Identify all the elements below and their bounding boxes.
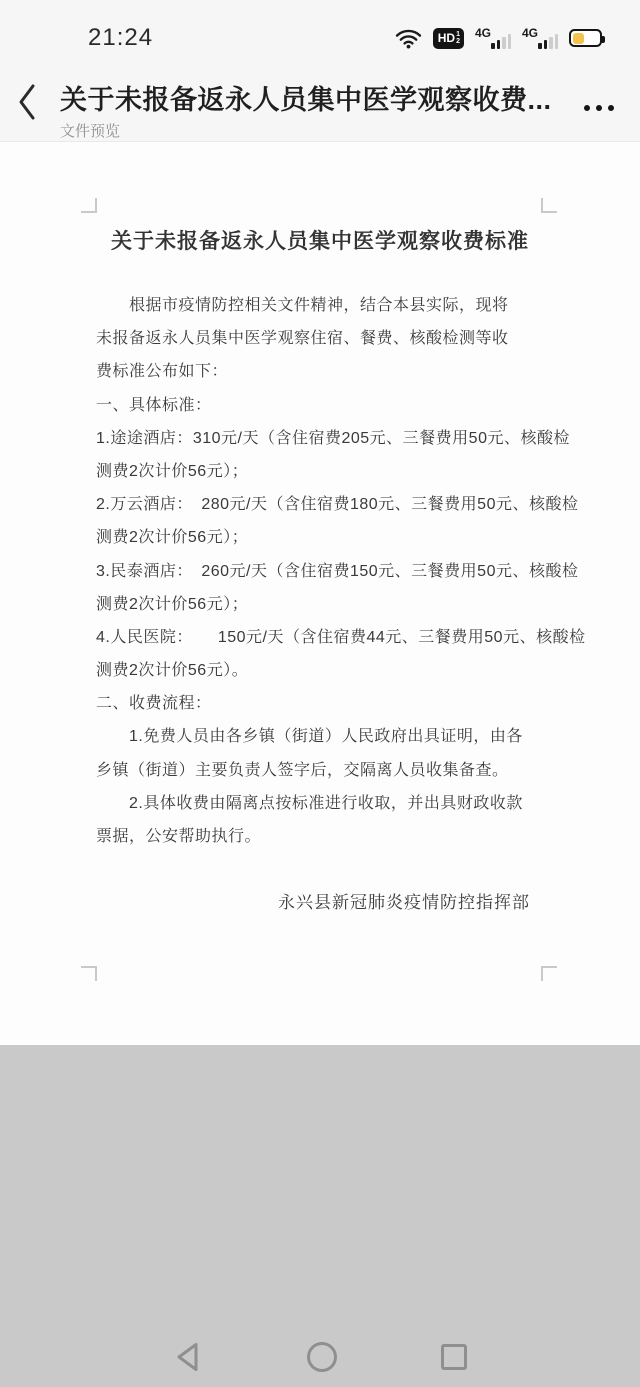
wifi-icon	[395, 28, 422, 49]
letterbox-area	[0, 1045, 640, 1387]
network-type-label: 4G	[522, 26, 538, 40]
battery-icon	[569, 29, 602, 47]
document-body: 根据市疫情防控相关文件精神，结合本县实际，现将未报备返永人员集中医学观察住宿、餐…	[96, 289, 620, 853]
document-line: 2.具体收费由隔离点按标准进行收取，并出具财政收款	[96, 787, 620, 820]
battery-nub	[602, 36, 605, 43]
document-line: 2.万云酒店： 280元/天（含住宿费180元、三餐费用50元、核酸检	[96, 488, 620, 521]
network-type-label: 4G	[475, 26, 491, 40]
top-chrome: 21:24 HD 1 2 4G 4G	[0, 0, 640, 142]
document-preview: 关于未报备返永人员集中医学观察收费标准 根据市疫情防控相关文件精神，结合本县实际…	[0, 142, 640, 1045]
back-button[interactable]	[16, 82, 40, 122]
signal-sim1-icon: 4G	[475, 26, 511, 50]
hd-badge-label: HD	[438, 31, 455, 45]
page-corner-mark-top-left	[81, 198, 97, 213]
document-line: 4.人民医院： 150元/天（含住宿费44元、三餐费用50元、核酸检	[96, 621, 620, 654]
page-corner-mark-bottom-left	[81, 966, 97, 981]
status-icons: HD 1 2 4G 4G	[395, 26, 602, 50]
phone-screen: 21:24 HD 1 2 4G 4G	[0, 0, 640, 1387]
document-line: 二、收费流程：	[96, 687, 620, 720]
dot-icon	[596, 105, 602, 111]
document-line: 测费2次计价56元）；	[96, 455, 620, 488]
signal-bars-icon	[491, 34, 511, 49]
header-titles: 关于未报备返永人员集中医学观察收费... 文件预览	[60, 78, 568, 141]
document-line: 测费2次计价56元）；	[96, 521, 620, 554]
signal-sim2-icon: 4G	[522, 26, 558, 50]
document-line: 一、具体标准：	[96, 389, 620, 422]
nav-recents-button[interactable]	[441, 1344, 467, 1370]
dot-icon	[584, 105, 590, 111]
page-title: 关于未报备返永人员集中医学观察收费...	[60, 78, 568, 117]
chevron-left-icon	[16, 82, 40, 122]
document-line: 费标准公布如下：	[96, 355, 620, 388]
document-line: 乡镇（街道）主要负责人签字后，交隔离人员收集备查。	[96, 754, 620, 787]
document-line: 1.途途酒店：310元/天（含住宿费205元、三餐费用50元、核酸检	[96, 422, 620, 455]
page-corner-mark-top-right	[541, 198, 557, 213]
status-time: 21:24	[88, 24, 153, 52]
document-line: 测费2次计价56元）；	[96, 588, 620, 621]
document-line: 测费2次计价56元）。	[96, 654, 620, 687]
hd-volte-icon: HD 1 2	[433, 28, 464, 49]
android-nav-bar	[0, 1335, 640, 1379]
battery-fill	[573, 33, 584, 44]
signal-bars-icon	[538, 34, 558, 49]
document-line: 票据，公安帮助执行。	[96, 820, 620, 853]
page-subtitle: 文件预览	[60, 120, 568, 141]
document-line: 未报备返永人员集中医学观察住宿、餐费、核酸检测等收	[96, 322, 620, 355]
hd-badge-sim1: 1	[456, 31, 460, 38]
document-line: 3.民泰酒店： 260元/天（含住宿费150元、三餐费用50元、核酸检	[96, 555, 620, 588]
document-line: 根据市疫情防控相关文件精神，结合本县实际，现将	[96, 289, 620, 322]
nav-home-button[interactable]	[307, 1342, 337, 1372]
nav-back-button[interactable]	[173, 1341, 203, 1373]
more-menu-button[interactable]	[584, 98, 614, 118]
hd-badge-sim2: 2	[456, 38, 460, 45]
dot-icon	[608, 105, 614, 111]
page-corner-mark-bottom-right	[541, 966, 557, 981]
document-title: 关于未报备返永人员集中医学观察收费标准	[0, 225, 640, 255]
document-signature: 永兴县新冠肺炎疫情防控指挥部	[278, 888, 530, 913]
document-line: 1.免费人员由各乡镇（街道）人民政府出具证明，由各	[96, 720, 620, 753]
